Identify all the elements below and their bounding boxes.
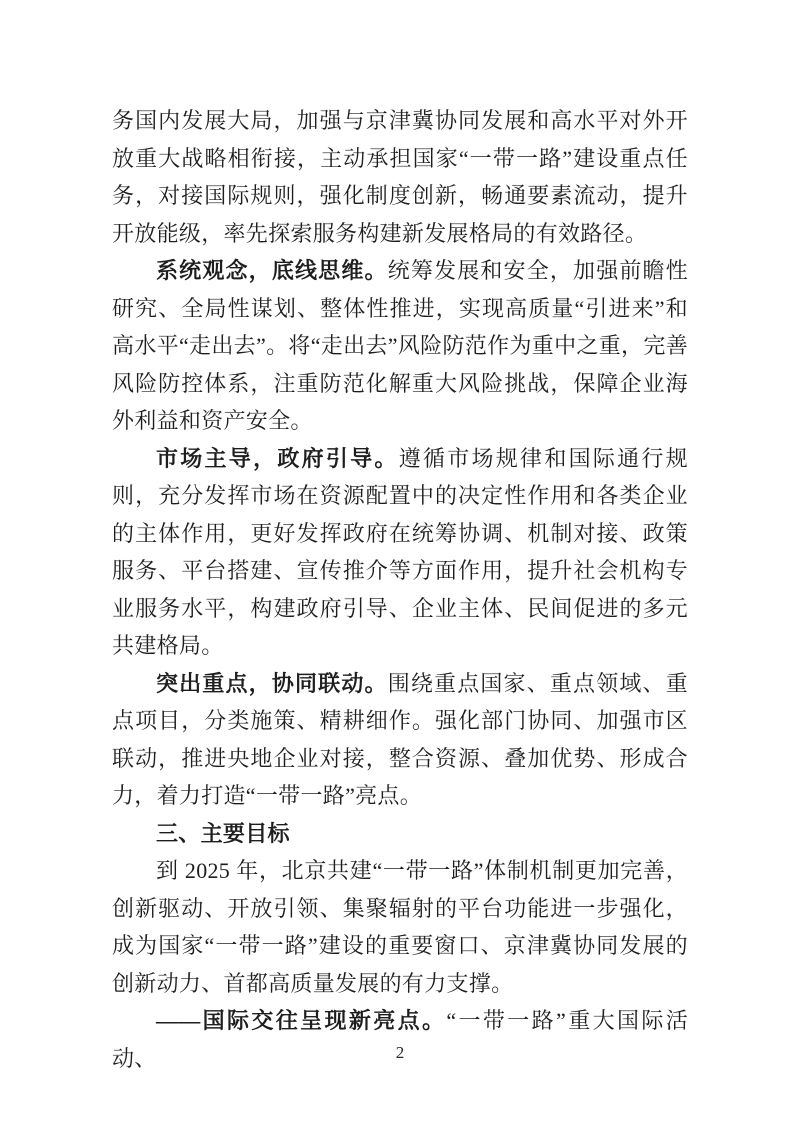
document-page: 务国内发展大局，加强与京津冀协同发展和高水平对外开放重大战略相衔接，主动承担国家… [0,0,800,1131]
paragraph-market-led: 市场主导，政府引导。遵循市场规律和国际通行规则，充分发挥市场在资源配置中的决定性… [112,440,688,665]
document-body: 务国内发展大局，加强与京津冀协同发展和高水平对外开放重大战略相衔接，主动承担国家… [112,102,688,1077]
section-heading-main-goals: 三、主要目标 [112,815,688,853]
paragraph-key-priorities: 突出重点，协同联动。围绕重点国家、重点领域、重点项目，分类施策、精耕细作。强化部… [112,665,688,815]
paragraph-lead: ——国际交往呈现新亮点。 [156,1008,446,1033]
paragraph-system-concept: 系统观念，底线思维。统筹发展和安全，加强前瞻性研究、全局性谋划、整体性推进，实现… [112,252,688,440]
paragraph-development-strategy: 务国内发展大局，加强与京津冀协同发展和高水平对外开放重大战略相衔接，主动承担国家… [112,102,688,252]
paragraph-text: 到 2025 年，北京共建“一带一路”体制机制更加完善，创新驱动、开放引领、集聚… [112,858,688,996]
paragraph-2025-goals: 到 2025 年，北京共建“一带一路”体制机制更加完善，创新驱动、开放引领、集聚… [112,852,688,1002]
page-number: 2 [0,1042,800,1064]
paragraph-lead: 市场主导，政府引导。 [156,446,399,471]
paragraph-text: 务国内发展大局，加强与京津冀协同发展和高水平对外开放重大战略相衔接，主动承担国家… [112,108,688,246]
paragraph-text: 遵循市场规律和国际通行规则，充分发挥市场在资源配置中的决定性作用和各类企业的主体… [112,446,688,659]
paragraph-lead: 突出重点，协同联动。 [156,671,388,696]
paragraph-international-exchanges: ——国际交往呈现新亮点。“一带一路”重大国际活动、 [112,1002,688,1077]
paragraph-text: 统筹发展和安全，加强前瞻性研究、全局性谋划、整体性推进，实现高质量“引进来”和高… [112,258,688,433]
paragraph-lead: 系统观念，底线思维。 [156,258,388,283]
